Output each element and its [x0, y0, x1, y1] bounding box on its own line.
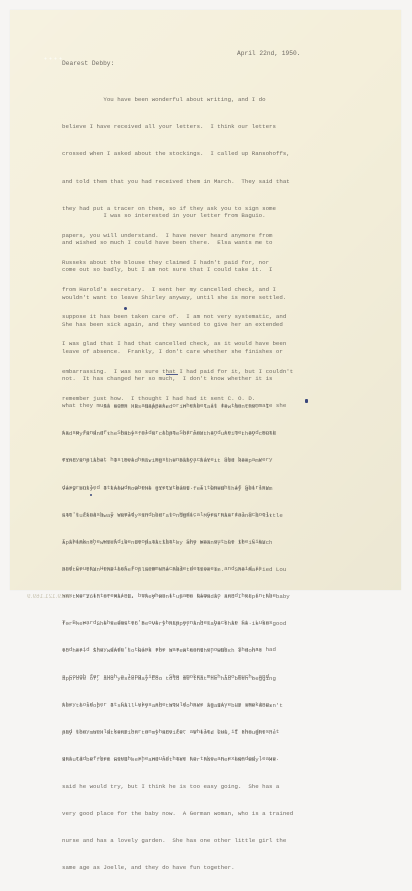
text-line: I was so interested in your letter from …	[62, 211, 286, 220]
ink-dot-too-much	[90, 494, 92, 496]
text-line: all tucked away safely in bed at night. …	[62, 511, 293, 520]
ink-dot-communicable	[124, 307, 127, 310]
text-line: on the 26th of March. They went up to Ne…	[62, 592, 293, 600]
text-line: find a place. I loved having the baby, b…	[62, 456, 293, 465]
text-line: believe I have received all your letters…	[62, 122, 293, 131]
letter-page: April 22nd, 1950. Dearest Debby: You hav…	[10, 10, 401, 590]
text-line: better than the other place she had to l…	[62, 565, 293, 574]
text-line: not. It has changed her so much, I don't…	[62, 374, 286, 383]
text-line: very busy. I know how the girls must fee…	[62, 484, 293, 493]
paper-specks	[43, 57, 63, 60]
text-line: and told them that you had received them…	[62, 177, 293, 186]
text-line: and wished so much I could have been the…	[62, 238, 286, 247]
text-line: crossed when I asked about the stockings…	[62, 149, 293, 158]
paragraph-3: So much has happened in the last few mon…	[62, 384, 293, 600]
text-line: apartment, which is not palatial by any …	[62, 538, 293, 547]
text-line: So much has happened in the last few mon…	[62, 402, 293, 411]
ink-underline-have	[166, 374, 178, 375]
letter-date: April 22nd, 1950.	[237, 50, 300, 57]
catalog-stamp: 2019.121.169.9	[27, 594, 72, 600]
text-line: You have been wonderful about writing, a…	[62, 95, 293, 104]
text-line: come out so badly, but I am not sure tha…	[62, 265, 286, 274]
ink-mark-they	[305, 399, 308, 403]
letter-salutation: Dearest Debby:	[62, 60, 114, 67]
text-line: had Myra and the baby for a couple of mo…	[62, 429, 293, 438]
text-line: leave of absence. Frankly, I don't care …	[62, 347, 286, 356]
text-line: She has been sick again, and they wanted…	[62, 320, 286, 329]
text-line: wouldn't want to leave Shirley anyway, u…	[62, 293, 286, 302]
